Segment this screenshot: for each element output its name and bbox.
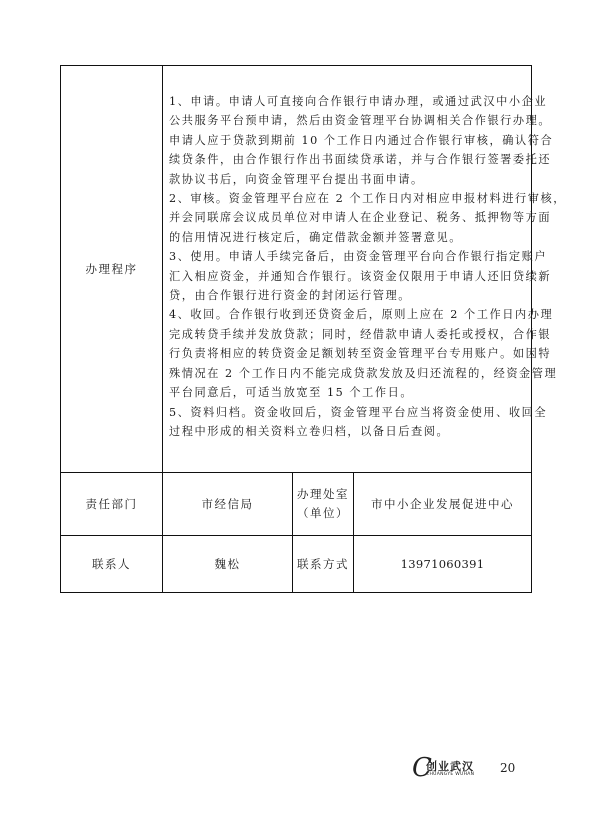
contact-phone: 13971060391 [354, 536, 532, 593]
office-label-line1: 办理处室 [293, 485, 353, 504]
office-label-line2: （单位） [293, 504, 353, 523]
procedure-line: 2、审核。资金管理平台应在 2 个工作日内对相应申报材料进行审核， [169, 189, 525, 208]
policy-table: 办理程序 1、申请。申请人可直接向合作银行申请办理，或通过武汉中小企业 公共服务… [60, 65, 532, 593]
contact-value: 魏松 [163, 536, 293, 593]
procedure-line: 申请人应于贷款到期前 10 个工作日内通过合作银行审核，确认符合 [169, 131, 525, 150]
procedure-line: 公共服务平台预申请，然后由资金管理平台协调相关合作银行办理。 [169, 111, 525, 130]
procedure-line: 5、资料归档。资金收回后，资金管理平台应当将资金使用、收回全 [169, 403, 525, 422]
procedure-content: 1、申请。申请人可直接向合作银行申请办理，或通过武汉中小企业 公共服务平台预申请… [163, 66, 532, 473]
procedure-line: 汇入相应资金，并通知合作银行。该资金仅限用于申请人还旧贷续新 [169, 267, 525, 286]
office-value: 市中小企业发展促进中心 [354, 473, 532, 536]
chuangye-wuhan-logo: C 创业武汉 CHUANGYE WUHAN [412, 756, 478, 780]
logo-subtext: CHUANGYE WUHAN [426, 772, 474, 777]
procedure-line: 完成转贷手续并发放贷款；同时，经借款申请人委托或授权，合作银 [169, 325, 525, 344]
procedure-line: 的信用情况进行核定后，确定借款金额并签署意见。 [169, 228, 525, 247]
procedure-line: 并会同联席会议成员单位对申请人在企业登记、税务、抵押物等方面 [169, 208, 525, 227]
contact-row: 联系人 魏松 联系方式 13971060391 [61, 536, 532, 593]
procedure-line: 殊情况在 2 个工作日内不能完成贷款发放及归还流程的，经资金管理 [169, 364, 525, 383]
page-number: 20 [500, 761, 515, 775]
procedure-line: 3、使用。申请人手续完备后，由资金管理平台向合作银行指定账户 [169, 247, 525, 266]
contact-label: 联系人 [61, 536, 163, 593]
procedure-row: 办理程序 1、申请。申请人可直接向合作银行申请办理，或通过武汉中小企业 公共服务… [61, 66, 532, 473]
procedure-line: 续贷条件，由合作银行作出书面续贷承诺，并与合作银行签署委托还 [169, 150, 525, 169]
procedure-line: 平台同意后，可适当放宽至 15 个工作日。 [169, 383, 525, 402]
department-value: 市经信局 [163, 473, 293, 536]
office-label: 办理处室 （单位） [293, 473, 354, 536]
department-row: 责任部门 市经信局 办理处室 （单位） 市中小企业发展促进中心 [61, 473, 532, 536]
procedure-line: 贷，由合作银行进行资金的封闭运行管理。 [169, 286, 525, 305]
procedure-line: 行负责将相应的转贷资金足额划转至资金管理平台专用账户。如因特 [169, 344, 525, 363]
procedure-line: 1、申请。申请人可直接向合作银行申请办理，或通过武汉中小企业 [169, 92, 525, 111]
department-label: 责任部门 [61, 473, 163, 536]
procedure-label: 办理程序 [61, 66, 163, 473]
page-footer: C 创业武汉 CHUANGYE WUHAN 20 [412, 756, 515, 780]
procedure-line: 款协议书后，向资金管理平台提出书面申请。 [169, 170, 525, 189]
procedure-line: 4、收回。合作银行收到还贷资金后，原则上应在 2 个工作日内办理 [169, 305, 525, 324]
procedure-line: 过程中形成的相关资料立卷归档，以备日后查阅。 [169, 422, 525, 441]
contact-method-label: 联系方式 [293, 536, 354, 593]
